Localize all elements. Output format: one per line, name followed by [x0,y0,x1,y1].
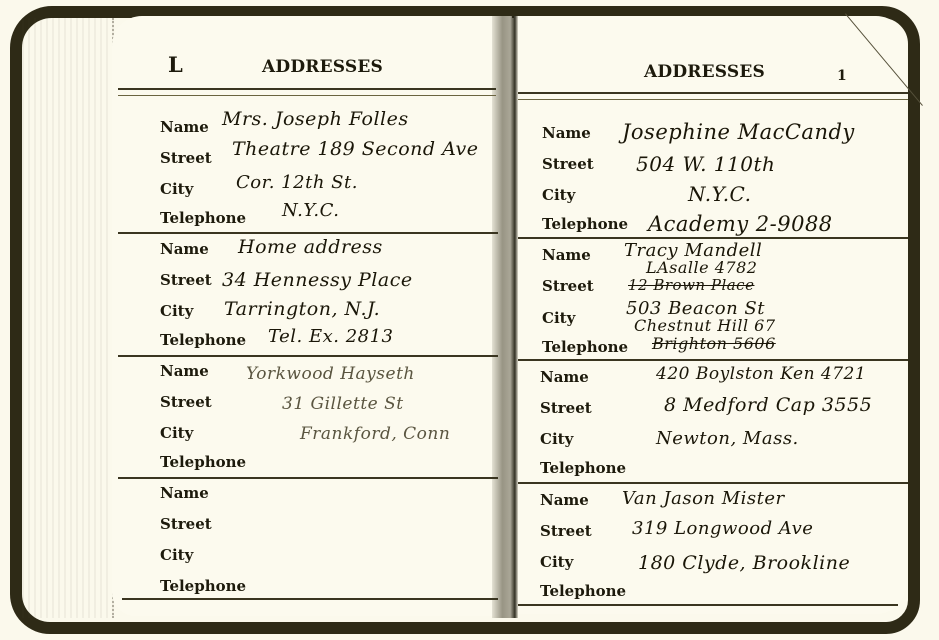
entry-street: 34 Hennessy Place [222,269,413,291]
telephone-label: Telephone [160,577,246,595]
entry-name-extra: LAsalle 4782 [646,258,757,277]
city-label: City [540,430,573,448]
entry-name: Josephine MacCandy [622,120,855,144]
name-label: Name [542,124,591,142]
entry-city: 180 Clyde, Brookline [638,552,850,574]
entry-divider [118,232,498,234]
entry-divider [118,355,498,357]
entry-divider [518,359,908,361]
entry-city: Frankford, Conn [300,424,450,444]
street-label: Street [160,271,212,289]
telephone-label: Telephone [160,209,246,227]
telephone-label: Telephone [542,338,628,356]
entry-name: Van Jason Mister [622,488,785,509]
street-label: Street [160,393,212,411]
street-label: Street [542,277,594,295]
entry-divider [518,237,908,239]
entry-city-extra: Chestnut Hill 67 [634,316,776,335]
city-label: City [160,424,193,442]
entry-street: Theatre 189 Second Ave [232,138,479,160]
entry-telephone: Tel. Ex. 2813 [268,326,394,347]
name-label: Name [160,118,209,136]
entry-street: 504 W. 110th [636,152,775,176]
page-mark: 1 [837,68,847,84]
city-label: City [160,546,193,564]
street-label: Street [160,515,212,533]
entry-name: 420 Boylston Ken 4721 [656,364,866,384]
entry-telephone: N.Y.C. [282,200,339,221]
entry-street: 8 Medford Cap 3555 [664,394,872,416]
telephone-label: Telephone [540,459,626,477]
telephone-label: Telephone [160,331,246,349]
name-label: Name [160,362,209,380]
page-edges [22,18,114,618]
name-label: Name [540,491,589,509]
entry-street: 319 Longwood Ave [632,518,813,539]
telephone-label: Telephone [160,453,246,471]
left-page-header: ADDRESSES [262,57,383,77]
entry-divider [518,482,908,484]
right-page-header: ADDRESSES [644,62,765,82]
city-label: City [542,186,575,204]
street-label: Street [540,522,592,540]
entry-city: N.Y.C. [688,182,752,206]
street-label: Street [542,155,594,173]
entry-city: Cor. 12th St. [236,172,358,193]
entry-divider [118,477,498,479]
entry-city: Tarrington, N.J. [224,298,380,320]
name-label: Name [540,368,589,386]
entry-divider [518,604,898,606]
entry-divider [122,598,498,600]
city-label: City [160,302,193,320]
right-header-rule [518,92,908,100]
telephone-label: Telephone [540,582,626,600]
entry-name: Home address [238,236,383,258]
section-letter: L [168,52,183,77]
city-label: City [540,553,573,571]
city-label: City [160,180,193,198]
entry-telephone-struck: Brighton 5606 [652,334,776,353]
entry-street-struck: 12 Brown Place [628,276,754,294]
entry-telephone: Academy 2-9088 [648,212,833,236]
book-spine-gutter [492,16,518,618]
entry-name: Mrs. Joseph Folles [222,108,409,130]
entry-name: Yorkwood Hayseth [246,364,415,384]
left-header-rule [118,88,496,96]
street-label: Street [160,149,212,167]
name-label: Name [160,484,209,502]
entry-street: 31 Gillette St [282,394,404,414]
name-label: Name [160,240,209,258]
city-label: City [542,309,575,327]
telephone-label: Telephone [542,215,628,233]
street-label: Street [540,399,592,417]
entry-city: Newton, Mass. [656,428,799,449]
name-label: Name [542,246,591,264]
